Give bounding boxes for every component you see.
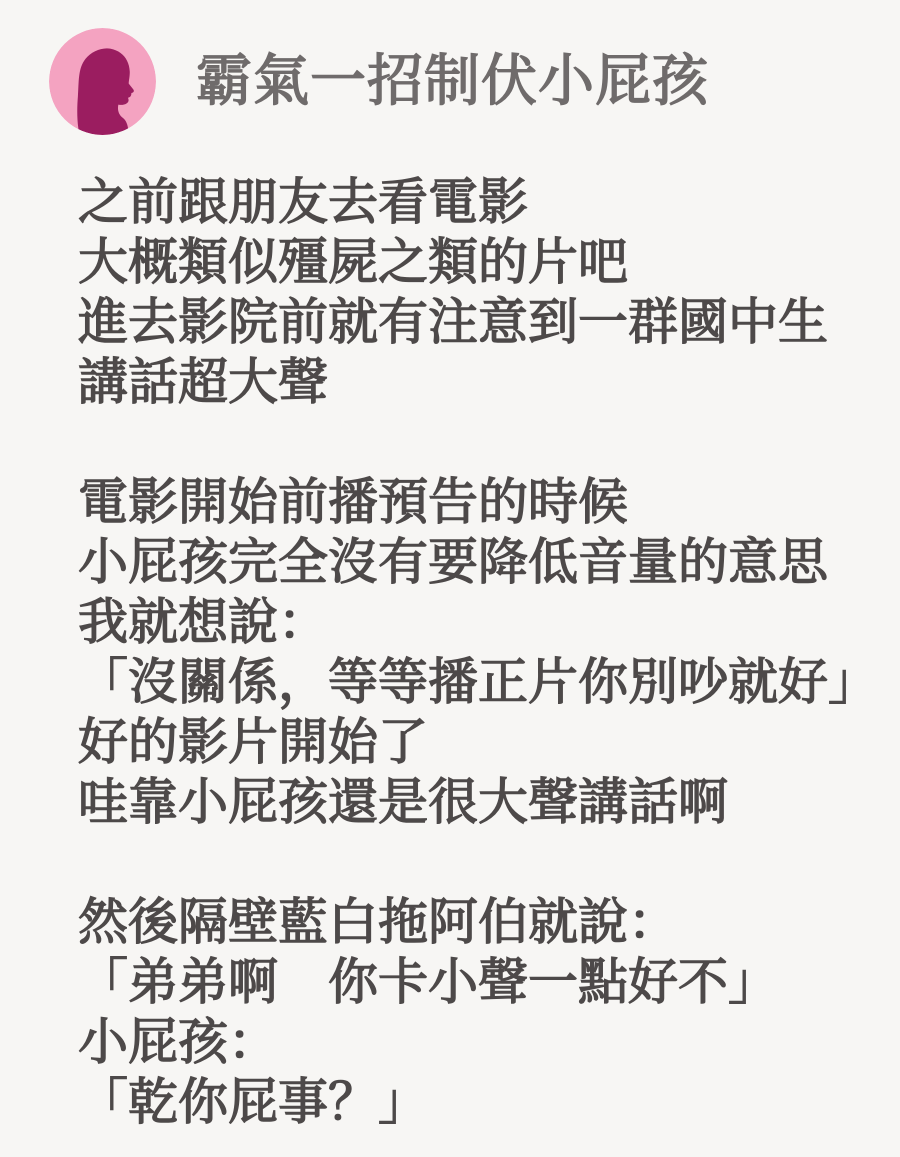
avatar[interactable]: [49, 28, 156, 135]
post-page: 霸氣一招制伏小屁孩 之前跟朋友去看電影 大概類似殭屍之類的片吧 進去影院前就有注…: [0, 0, 900, 1157]
woman-silhouette: [77, 48, 134, 135]
post-body-text: 之前跟朋友去看電影 大概類似殭屍之類的片吧 進去影院前就有注意到一群國中生 講話…: [78, 172, 878, 1132]
woman-profile-icon: [49, 28, 156, 135]
post-header: 霸氣一招制伏小屁孩: [49, 28, 709, 135]
post-title: 霸氣一招制伏小屁孩: [196, 28, 709, 135]
